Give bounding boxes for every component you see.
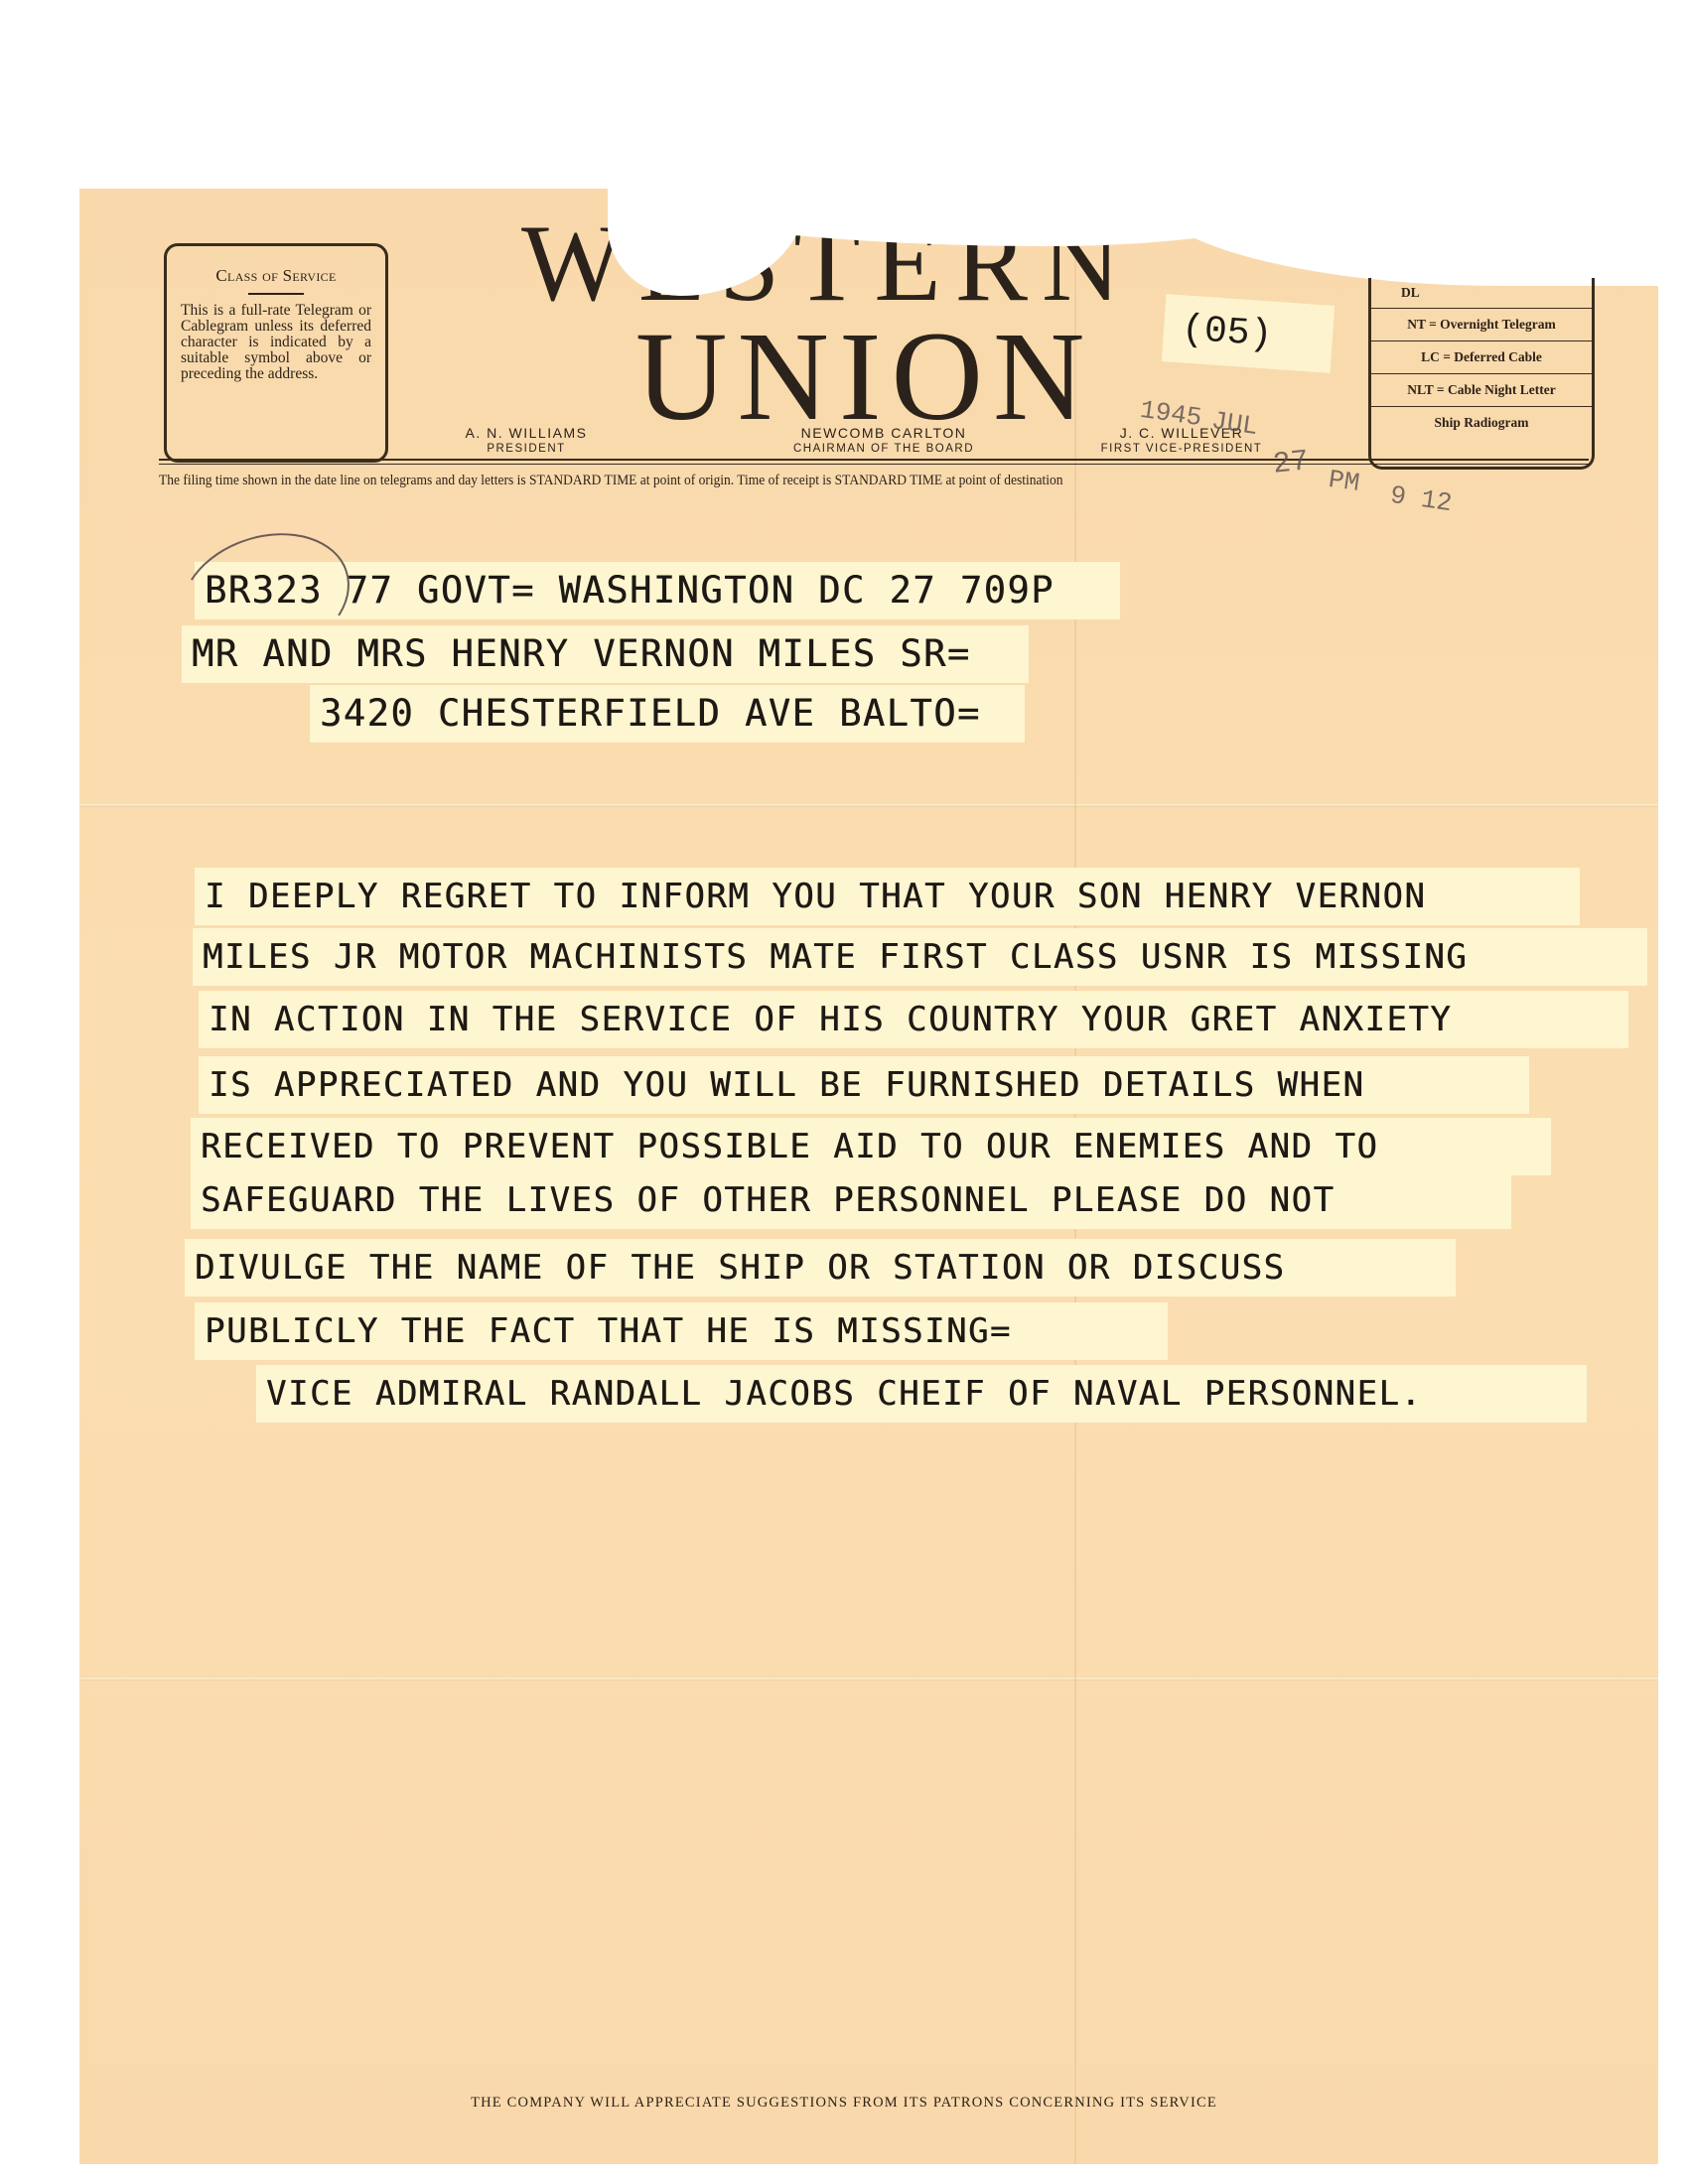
body-line-tape: IN ACTION IN THE SERVICE OF HIS COUNTRY … (199, 991, 1628, 1048)
class-of-service-text: This is a full-rate Telegram or Cablegra… (167, 303, 385, 382)
body-line-tape: I DEEPLY REGRET TO INFORM YOU THAT YOUR … (195, 868, 1580, 925)
addressee-tape: MR AND MRS HENRY VERNON MILES SR= (182, 625, 1029, 683)
header-rule (159, 464, 1589, 465)
class-of-service-box: Class of Service This is a full-rate Tel… (164, 243, 388, 463)
stamp-day: 27 (1271, 445, 1310, 482)
officer-chairman: NEWCOMB CARLTON CHAIRMAN OF THE BOARD (755, 425, 1013, 455)
service-legend-box: DL NT = Overnight Telegram LC = Deferred… (1368, 278, 1595, 470)
fold-line (79, 1678, 1658, 1681)
divider (248, 293, 304, 295)
body-line-tape: SAFEGUARD THE LIVES OF OTHER PERSONNEL P… (191, 1171, 1511, 1229)
footer-note: THE COMPANY WILL APPRECIATE SUGGESTIONS … (0, 2095, 1688, 2112)
class-of-service-title: Class of Service (167, 266, 385, 286)
header-rule (159, 459, 1589, 461)
officer-name: A. N. WILLIAMS (427, 425, 626, 441)
body-line-tape: PUBLICLY THE FACT THAT HE IS MISSING= (195, 1302, 1168, 1360)
legend-row: NLT = Cable Night Letter (1371, 374, 1592, 407)
officer-title: CHAIRMAN OF THE BOARD (755, 443, 1013, 455)
officer-president: A. N. WILLIAMS PRESIDENT (427, 425, 626, 455)
address-tape: 3420 CHESTERFIELD AVE BALTO= (310, 685, 1025, 743)
code-label: (05) (1162, 294, 1335, 373)
body-line-tape: RECEIVED TO PREVENT POSSIBLE AID TO OUR … (191, 1118, 1551, 1175)
legend-row: DL (1371, 278, 1592, 309)
legend-row: LC = Deferred Cable (1371, 341, 1592, 374)
fold-line (79, 804, 1658, 807)
body-line-tape: IS APPRECIATED AND YOU WILL BE FURNISHED… (199, 1056, 1529, 1114)
officer-name: NEWCOMB CARLTON (755, 425, 1013, 441)
stamp-month: JUL (1209, 406, 1260, 442)
logo-union: UNION (635, 313, 1094, 440)
stamp-ampm: PM (1327, 465, 1361, 498)
officer-title: PRESIDENT (427, 443, 626, 455)
officer-title: FIRST VICE-PRESIDENT (1072, 443, 1291, 455)
legend-row: Ship Radiogram (1371, 407, 1592, 439)
legend-row: NT = Overnight Telegram (1371, 309, 1592, 341)
body-line-tape: DIVULGE THE NAME OF THE SHIP OR STATION … (185, 1239, 1456, 1297)
signature-tape: VICE ADMIRAL RANDALL JACOBS CHEIF OF NAV… (256, 1365, 1587, 1423)
body-line-tape: MILES JR MOTOR MACHINISTS MATE FIRST CLA… (193, 928, 1647, 986)
filing-time-note: The filing time shown in the date line o… (159, 473, 1062, 489)
torn-edge (1539, 187, 1658, 286)
